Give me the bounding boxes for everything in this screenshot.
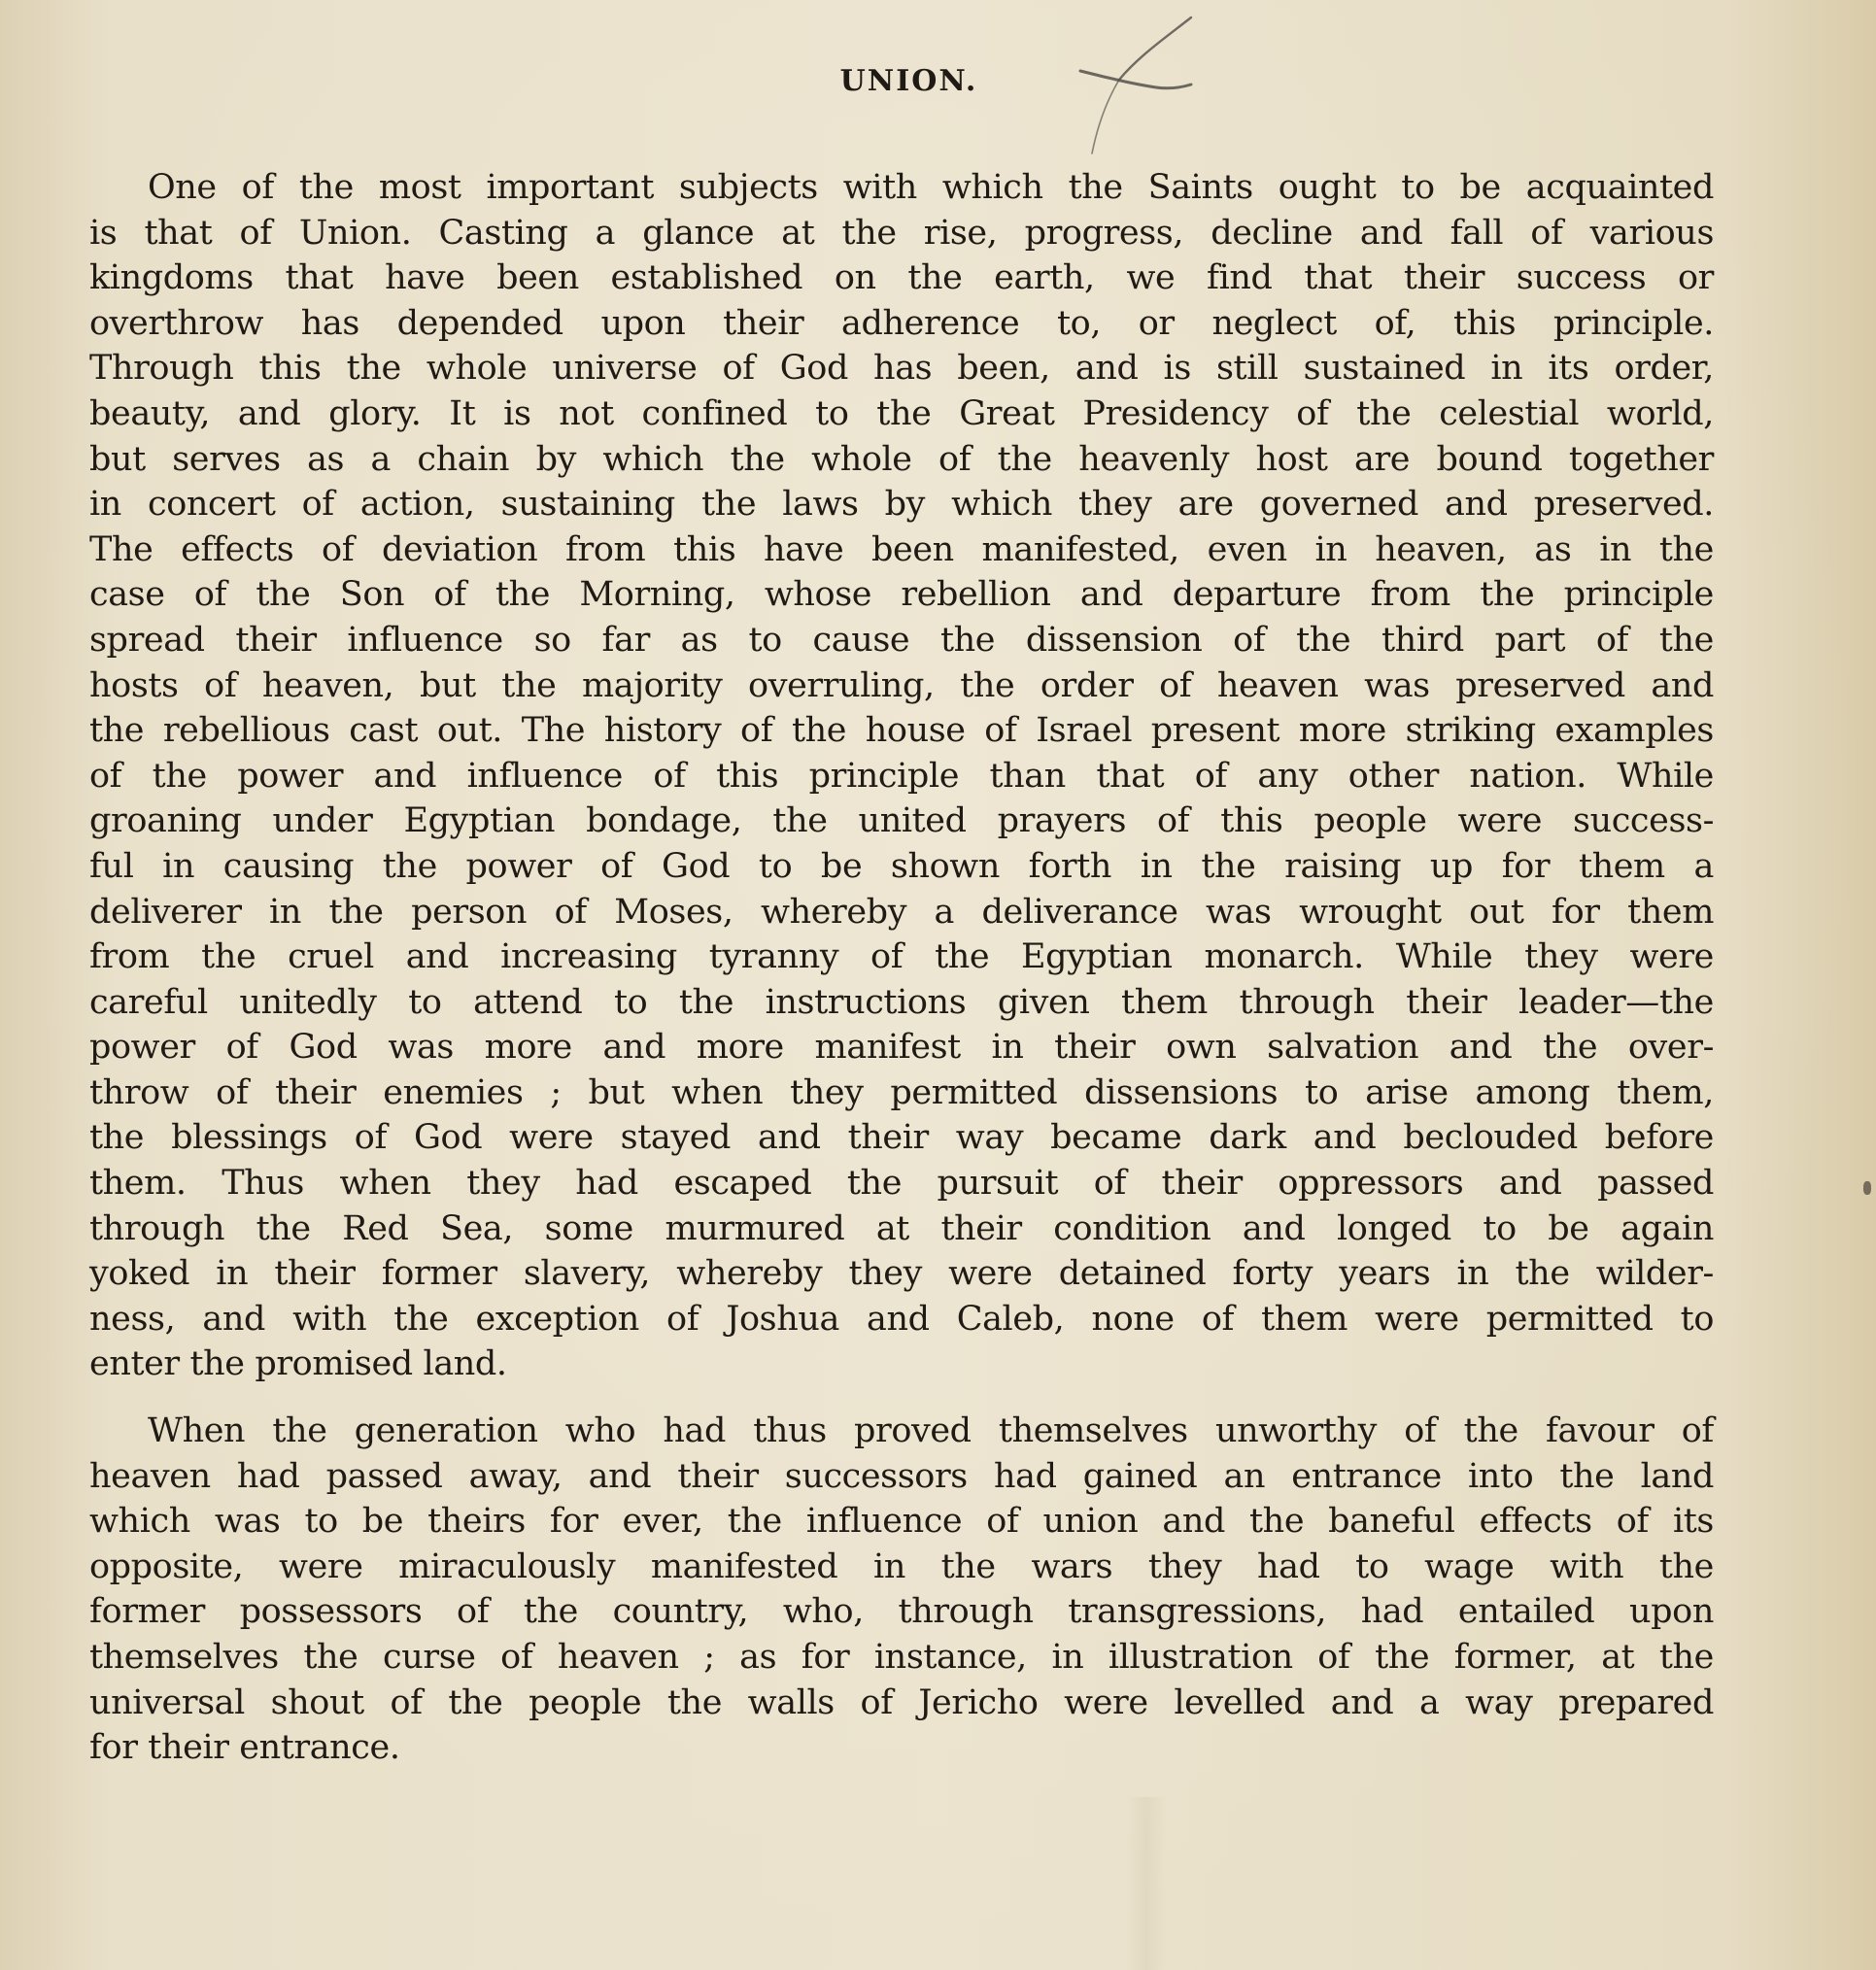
text-line: case of the Son of the Morning, whose re… [89, 572, 1714, 618]
text-line: deliverer in the person of Moses, whereb… [89, 890, 1714, 935]
pencil-cross-mark-icon [1069, 10, 1205, 155]
title-text: UNION. [840, 64, 978, 98]
text-line: heaven had passed away, and their succes… [89, 1454, 1714, 1500]
paper-fold-shadow [1127, 1797, 1166, 1970]
scanned-page: UNION. One of the most important subject… [0, 0, 1876, 1970]
text-line: is that of Union. Casting a glance at th… [89, 211, 1714, 256]
text-line: beauty, and glory. It is not confined to… [89, 391, 1714, 437]
text-line: When the generation who had thus proved … [89, 1409, 1714, 1454]
page-title: UNION. [0, 64, 1876, 98]
text-line: for their entrance. [89, 1725, 1714, 1771]
text-line: power of God was more and more manifest … [89, 1025, 1714, 1070]
text-line: opposite, were miraculously manifested i… [89, 1545, 1714, 1590]
text-line: the rebellious cast out. The history of … [89, 708, 1714, 754]
text-line: hosts of heaven, but the majority overru… [89, 663, 1714, 709]
text-line: Through this the whole universe of God h… [89, 346, 1714, 391]
text-line: ful in causing the power of God to be sh… [89, 844, 1714, 890]
text-line: universal shout of the people the walls … [89, 1681, 1714, 1726]
paragraph-2: When the generation who had thus proved … [89, 1409, 1714, 1771]
text-line: throw of their enemies ; but when they p… [89, 1070, 1714, 1116]
text-line: overthrow has depended upon their adhere… [89, 301, 1714, 347]
text-line: them. Thus when they had escaped the pur… [89, 1161, 1714, 1206]
text-line: the blessings of God were stayed and the… [89, 1115, 1714, 1161]
text-line: kingdoms that have been established on t… [89, 255, 1714, 301]
text-line: which was to be theirs for ever, the inf… [89, 1499, 1714, 1545]
text-line: from the cruel and increasing tyranny of… [89, 934, 1714, 980]
text-line: spread their influence so far as to caus… [89, 618, 1714, 663]
text-line: in concert of action, sustaining the law… [89, 482, 1714, 527]
article-body: One of the most important subjects with … [89, 165, 1714, 1771]
text-line: themselves the curse of heaven ; as for … [89, 1635, 1714, 1681]
paragraph-1: One of the most important subjects with … [89, 165, 1714, 1387]
text-line: careful unitedly to attend to the instru… [89, 980, 1714, 1026]
text-line: groaning under Egyptian bondage, the uni… [89, 798, 1714, 844]
text-line: The effects of deviation from this have … [89, 527, 1714, 573]
text-line: ness, and with the exception of Joshua a… [89, 1297, 1714, 1342]
text-line: former possessors of the country, who, t… [89, 1589, 1714, 1635]
page-edge-blemish [1863, 1181, 1871, 1195]
text-line: yoked in their former slavery, whereby t… [89, 1251, 1714, 1297]
text-line: One of the most important subjects with … [89, 165, 1714, 211]
text-line: but serves as a chain by which the whole… [89, 437, 1714, 483]
text-line: of the power and influence of this princ… [89, 754, 1714, 799]
text-line: through the Red Sea, some murmured at th… [89, 1206, 1714, 1252]
text-line: enter the promised land. [89, 1342, 1714, 1387]
